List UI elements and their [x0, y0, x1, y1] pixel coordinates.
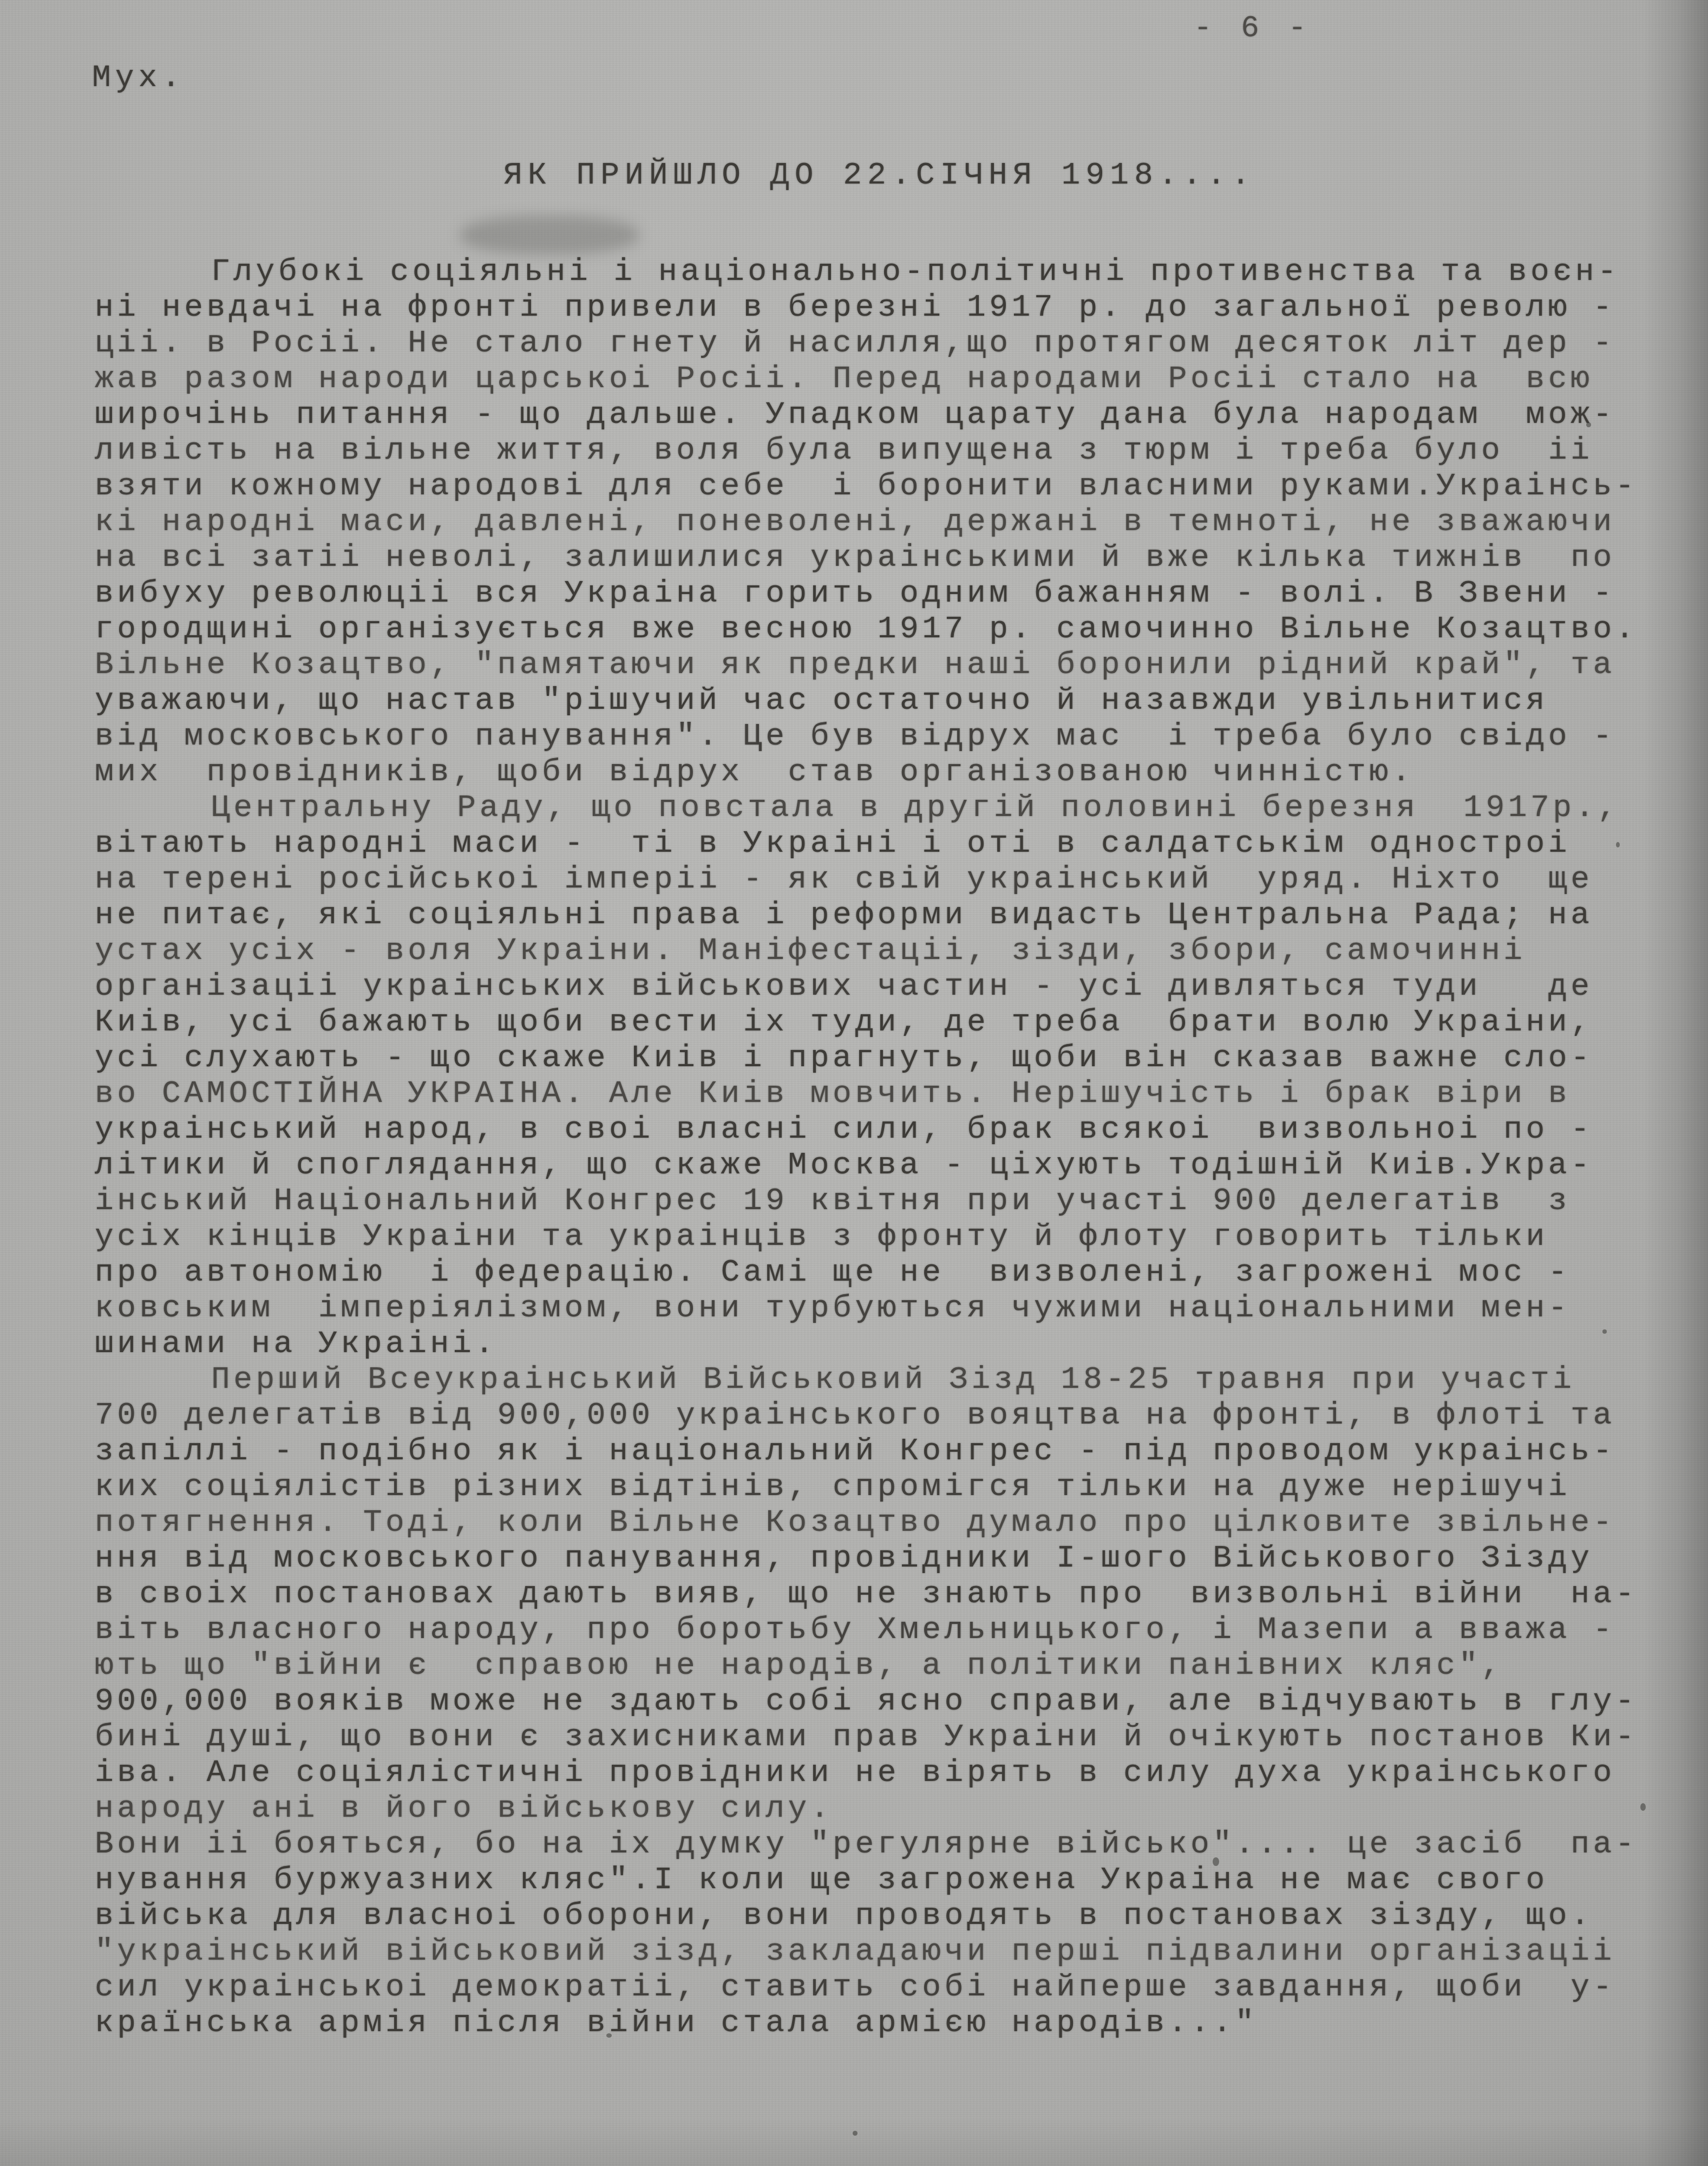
text-line: літики й споглядання, що скаже Москва - … [95, 1148, 1638, 1184]
text-line: в своіх постановах дають вияв, що не зна… [95, 1577, 1638, 1613]
scanned-typescript-page: Мух. - 6 - ЯК ПРИЙШЛО ДО 22.СІЧНЯ 1918..… [0, 0, 1708, 2166]
text-line: Вони іі бояться, бо на іх думку "регуляр… [95, 1827, 1638, 1863]
text-line: вибуху революціі вся Украіна горить одни… [95, 576, 1638, 612]
text-line: "украінський військовий зізд, закладаючи… [95, 1934, 1638, 1970]
text-line: не питає, які соціяльні права і реформи … [95, 898, 1638, 934]
page-number: - 6 - [1194, 11, 1312, 45]
text-line: ливість на вільне життя, воля була випущ… [95, 433, 1638, 469]
text-line: запіллі - подібно як і національний Конг… [95, 1434, 1638, 1470]
document-title: ЯК ПРИЙШЛО ДО 22.СІЧНЯ 1918.... [503, 158, 1255, 193]
text-line: ють що "війни є справою не народів, а по… [95, 1648, 1638, 1684]
archive-annotation: Мух. [92, 61, 185, 96]
text-line: кі народні маси, давлені, поневолені, де… [95, 505, 1638, 540]
text-line: Центральну Раду, що повстала в другій по… [95, 791, 1638, 826]
text-line: 700 делегатів від 900,000 украінського в… [95, 1398, 1638, 1434]
text-line: народу ані в його військову силу. [95, 1791, 1638, 1827]
text-line: ціі. в Росіі. Не стало гнету й насилля,щ… [95, 326, 1638, 362]
text-line: вітають народні маси - ті в Украіні і от… [95, 826, 1638, 862]
ink-smudge [460, 216, 639, 255]
text-line: Киів, усі бажають щоби вести іх туди, де… [95, 1005, 1638, 1041]
text-line: організаціі украінських військових части… [95, 969, 1638, 1005]
text-line: шинами на Украіні. [95, 1327, 1638, 1362]
text-line: на терені російськоі імперіі - як свій у… [95, 862, 1638, 898]
text-line: країнська армія після війни стала армією… [95, 2006, 1638, 2041]
text-line: інський Національний Конгрес 19 квітня п… [95, 1184, 1638, 1219]
text-line: широчінь питання - що дальше. Упадком ца… [95, 397, 1638, 433]
text-line: усіх кінців Украіни та украінців з фронт… [95, 1219, 1638, 1255]
text-line: від московського панування". Це був відр… [95, 719, 1638, 755]
text-line: Глубокі соціяльні і національно-політичн… [95, 255, 1638, 290]
text-line: віть власного народу, про боротьбу Хмель… [95, 1613, 1638, 1648]
page-bottom-shadow [0, 2117, 1708, 2166]
text-line: ких соціялістів різних відтінів, спроміг… [95, 1470, 1638, 1505]
text-line: іва. Але соціялістичні провідники не вір… [95, 1756, 1638, 1791]
paper-speck [1640, 1803, 1646, 1811]
paper-speck [853, 2131, 858, 2136]
text-line: Вільне Козацтво, "памятаючи як предки на… [95, 648, 1638, 683]
document-body: Глубокі соціяльні і національно-політичн… [95, 255, 1638, 2041]
text-line: Перший Всеукраінський Військовий Зізд 18… [95, 1362, 1638, 1398]
page-edge-shadow [1643, 0, 1708, 2166]
text-line: сил украінськоі демократіі, ставить собі… [95, 1970, 1638, 2006]
text-line: взяти кожному народові для себе і борони… [95, 469, 1638, 505]
text-line: ння від московського панування, провідни… [95, 1541, 1638, 1577]
text-line: мих провідників, щоби відрух став органі… [95, 755, 1638, 791]
text-line: 900,000 вояків може не здають собі ясно … [95, 1684, 1638, 1720]
text-line: украінський народ, в своі власні сили, б… [95, 1112, 1638, 1148]
text-line: бині душі, що вони є захисниками прав Ук… [95, 1720, 1638, 1756]
text-line: потягнення. Тоді, коли Вільне Козацтво д… [95, 1505, 1638, 1541]
text-line: війська для власноі оборони, вони провод… [95, 1898, 1638, 1934]
text-line: городщині організується вже весною 1917 … [95, 612, 1638, 648]
text-line: усі слухають - що скаже Киів і прагнуть,… [95, 1041, 1638, 1077]
text-line: жав разом народи царськоі Росіі. Перед н… [95, 362, 1638, 397]
text-line: уважаючи, що настав "рішучий час остаточ… [95, 683, 1638, 719]
text-line: во САМОСТІЙНА УКРАІНА. Але Киів мовчить.… [95, 1077, 1638, 1112]
text-line: ковським імперіялізмом, вони турбуються … [95, 1291, 1638, 1327]
text-line: про автономію і федерацію. Самі ще не ви… [95, 1255, 1638, 1291]
text-line: нування буржуазних кляс".І коли ще загро… [95, 1863, 1638, 1898]
text-line: ні невдачі на фронті привели в березні 1… [95, 290, 1638, 326]
text-line: на всі затіі неволі, залишилися украінсь… [95, 540, 1638, 576]
text-line: устах усіх - воля Украіни. Маніфестаціі,… [95, 934, 1638, 969]
